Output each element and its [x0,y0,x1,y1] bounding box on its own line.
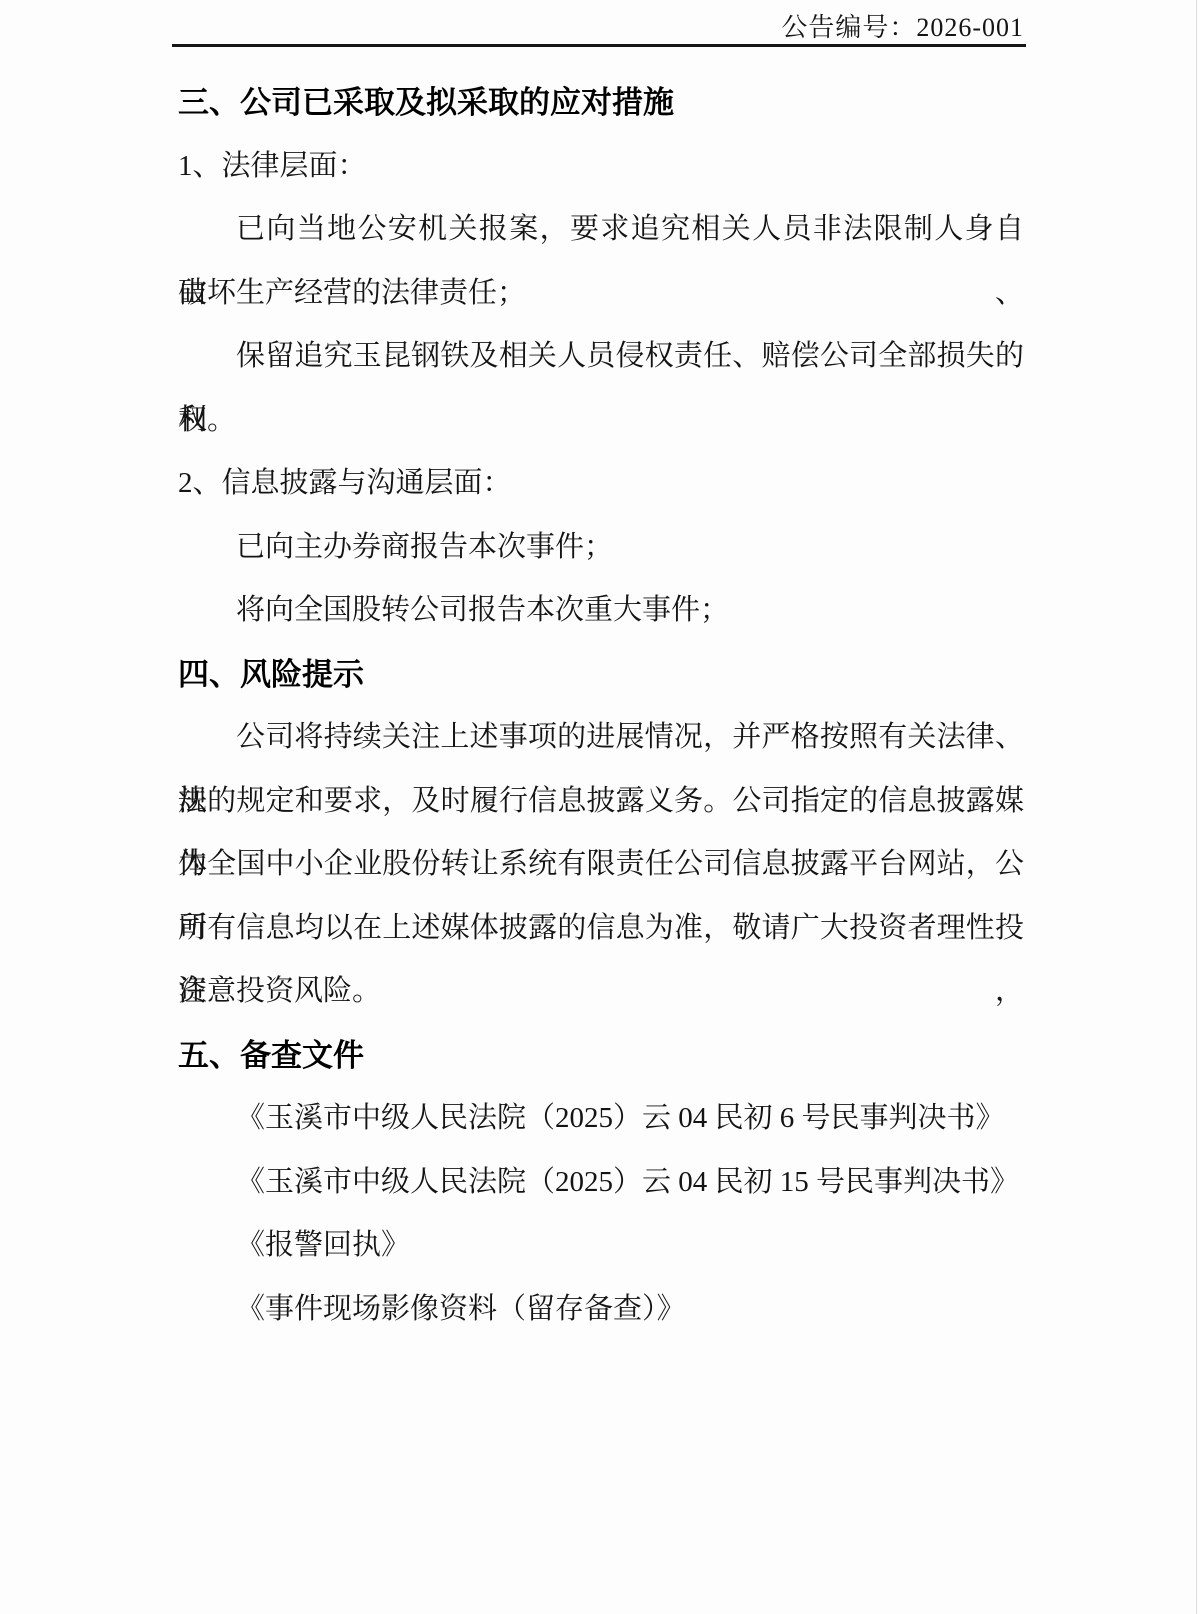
para-line-police-report: 已向当地公安机关报案，要求追究相关人员非法限制人身自由、 [178,198,1024,262]
subheading-disclosure-level: 2、信息披露与沟通层面： [178,452,1024,516]
scan-edge-line [1196,0,1197,1614]
para-line-risk-1: 公司将持续关注上述事项的进展情况，并严格按照有关法律、法 [178,706,1024,770]
para-line-risk-2: 规的规定和要求，及时履行信息披露义务。公司指定的信息披露媒体 [178,770,1024,834]
header-rule [172,44,1026,47]
doc-item-judgment-15: 《玉溪市中级人民法院（2025）云 04 民初 15 号民事判决书》 [178,1151,1024,1215]
section-heading-risk-notice: 四、风险提示 [178,643,1024,707]
announcement-number: 公告编号：2026-001 [178,0,1024,43]
para-line-report-to-neeq: 将向全国股转公司报告本次重大事件； [178,579,1024,643]
section-heading-countermeasures: 三、公司已采取及拟采取的应对措施 [178,71,1024,135]
doc-item-judgment-6: 《玉溪市中级人民法院（2025）云 04 民初 6 号民事判决书》 [178,1087,1024,1151]
para-line-risk-3: 为全国中小企业股份转让系统有限责任公司信息披露平台网站，公司 [178,833,1024,897]
para-line-reserve-rights: 保留追究玉昆钢铁及相关人员侵权责任、赔偿公司全部损失的权 [178,325,1024,389]
para-line-risk-4: 所有信息均以在上述媒体披露的信息为准，敬请广大投资者理性投资， [178,897,1024,961]
para-line-rights-end: 利。 [178,389,1024,453]
document-body: 三、公司已采取及拟采取的应对措施 1、法律层面： 已向当地公安机关报案，要求追究… [178,71,1024,1341]
section-heading-reference-documents: 五、备查文件 [178,1024,1024,1088]
doc-item-police-receipt: 《报警回执》 [178,1214,1024,1278]
document-page: 公告编号：2026-001 三、公司已采取及拟采取的应对措施 1、法律层面： 已… [178,0,1024,1341]
subheading-legal-level: 1、法律层面： [178,135,1024,199]
para-line-reported-to-sponsor: 已向主办券商报告本次事件； [178,516,1024,580]
doc-item-scene-footage: 《事件现场影像资料（留存备查）》 [178,1278,1024,1342]
